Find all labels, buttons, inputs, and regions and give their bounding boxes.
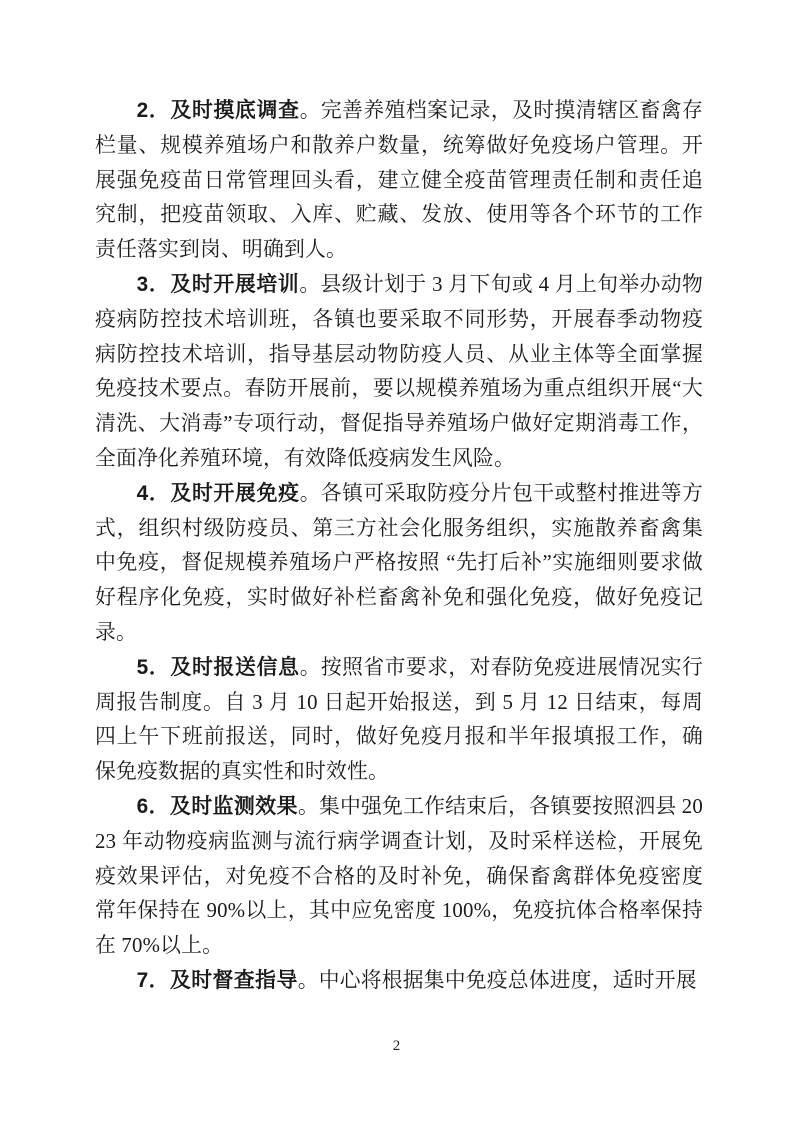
paragraph-4-heading: 4．及时开展免疫 bbox=[137, 482, 300, 505]
paragraph-7-heading: 7．及时督查指导 bbox=[137, 969, 298, 992]
paragraph-3-body: 。县级计划于 3 月下旬或 4 月上旬举办动物疫病防控技术培训班，各镇也要采取不… bbox=[95, 273, 703, 470]
paragraph-2-body: 。完善养殖档案记录，及时摸清辖区畜禽存栏量、规模养殖场户和散养户数量，统筹做好免… bbox=[95, 99, 703, 261]
paragraph-7: 7．及时督查指导。中心将根据集中免疫总体进度，适时开展 bbox=[95, 964, 703, 999]
paragraph-4-body: 。各镇可采取防疫分片包干或整村推进等方式，组织村级防疫员、第三方社会化服务组织，… bbox=[95, 482, 703, 644]
paragraph-4: 4．及时开展免疫。各镇可采取防疫分片包干或整村推进等方式，组织村级防疫员、第三方… bbox=[95, 477, 703, 651]
document-body: 2．及时摸底调查。完善养殖档案记录，及时摸清辖区畜禽存栏量、规模养殖场户和散养户… bbox=[95, 94, 703, 999]
paragraph-6: 6．及时监测效果。集中强免工作结束后，各镇要按照泗县 2023 年动物疫病监测与… bbox=[95, 790, 703, 964]
paragraph-2-heading: 2．及时摸底调查 bbox=[137, 99, 300, 122]
paragraph-3-heading: 3．及时开展培训 bbox=[137, 273, 300, 296]
paragraph-5-heading: 5．及时报送信息 bbox=[137, 656, 300, 679]
paragraph-2: 2．及时摸底调查。完善养殖档案记录，及时摸清辖区畜禽存栏量、规模养殖场户和散养户… bbox=[95, 94, 703, 268]
document-page: 2．及时摸底调查。完善养殖档案记录，及时摸清辖区畜禽存栏量、规模养殖场户和散养户… bbox=[0, 0, 793, 1122]
paragraph-7-body: 。中心将根据集中免疫总体进度，适时开展 bbox=[298, 969, 697, 992]
paragraph-3: 3．及时开展培训。县级计划于 3 月下旬或 4 月上旬举办动物疫病防控技术培训班… bbox=[95, 268, 703, 477]
paragraph-5: 5．及时报送信息。按照省市要求，对春防免疫进展情况实行周报告制度。自 3 月 1… bbox=[95, 651, 703, 790]
paragraph-6-body: 。集中强免工作结束后，各镇要按照泗县 2023 年动物疫病监测与流行病学调查计划… bbox=[95, 795, 703, 957]
page-number: 2 bbox=[0, 1036, 793, 1056]
paragraph-6-heading: 6．及时监测效果 bbox=[137, 795, 298, 818]
